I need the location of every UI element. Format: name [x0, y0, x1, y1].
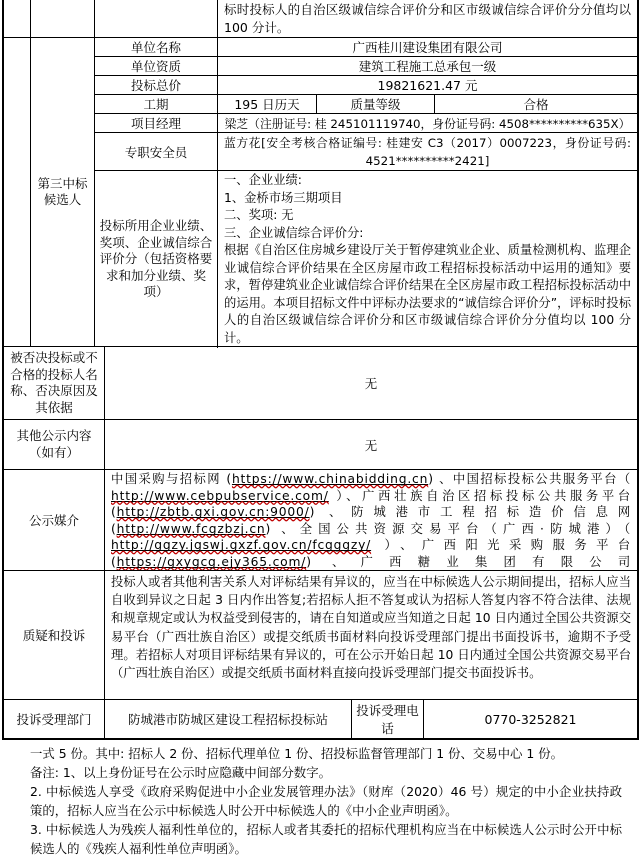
project-manager-label: 项目经理 [95, 114, 218, 132]
bid-announcement-page: 标时投标人的自治区级诚信综合评价分和区市级诚信综合评价分分值均以 100 分计。… [0, 0, 641, 860]
unit-name-value: 广西桂川建设集团有限公司 [218, 38, 637, 56]
third-candidate-block: 第三中标候选人 单位名称 广西桂川建设集团有限公司 单位资质 建筑工程施工总承包… [4, 38, 637, 347]
objection-label: 质疑和投诉 [4, 571, 105, 699]
media-text: ) 、全国公共资源交易平台（广西·防城港）（ [266, 522, 631, 536]
duration-label: 工期 [95, 95, 218, 113]
complaint-phone-label: 投诉受理电话 [352, 700, 424, 738]
performance-line: 三、企业诚信综合评价分: [224, 225, 631, 243]
other-content-value: 无 [105, 420, 637, 469]
media-url-link[interactable]: http://zbtb.gxi.gov.cn:9000/ [117, 505, 310, 519]
other-content-row: 其他公示内容（如有） 无 [4, 420, 637, 470]
safety-officer-value: 蓝方花[安全考核合格证编号: 桂建安 C3（2017）0007223，身份证号码… [218, 133, 637, 170]
media-url-link[interactable]: https://gxygcg.ejy365.com/ [117, 555, 307, 569]
bid-total-label: 投标总价 [95, 76, 218, 94]
outer-group-cell-fragment [4, 0, 31, 37]
media-text: ) 、中国招标投标公共服务平台（ [428, 472, 631, 486]
media-url-link[interactable]: https://www.chinabidding.cn [232, 472, 428, 486]
continuation-row: 标时投标人的自治区级诚信综合评价分和区市级诚信综合评价分分值均以 100 分计。 [4, 0, 637, 38]
complaint-dept-label: 投诉受理部门 [4, 700, 105, 738]
rejected-bidders-label: 被否决投标或不合格的投标人名称、否决原因及其依据 [4, 347, 105, 419]
complaint-row: 投诉受理部门 防城港市防城区建设工程招标投标站 投诉受理电话 0770-3252… [4, 700, 637, 738]
objection-text: 投标人或者其他利害关系人对评标结果有异议的，应当在中标候选人公示期间提出，招标人… [105, 571, 637, 699]
unit-qualification-row: 单位资质 建筑工程施工总承包一级 [95, 57, 637, 76]
media-url-link[interactable]: http://www.cebpubservice.com/ [111, 489, 329, 503]
complaint-phone-value: 0770-3252821 [424, 700, 637, 738]
media-text: 中国采购与招标网 ( [111, 472, 232, 486]
rejected-bidders-row: 被否决投标或不合格的投标人名称、否决原因及其依据 无 [4, 347, 637, 420]
safety-officer-label: 专职安全员 [95, 133, 218, 170]
footer-copies-note: 一式 5 份。其中: 招标人 2 份、招标代理单位 1 份、招投标监督管理部门 … [30, 744, 622, 763]
duration-row: 工期 195 日历天 质量等级 合格 [95, 95, 637, 114]
other-content-label: 其他公示内容（如有） [4, 420, 105, 469]
media-label: 公示媒介 [4, 470, 105, 570]
complaint-dept-value: 防城港市防城区建设工程招标投标站 [105, 700, 352, 738]
candidate-detail-column: 单位名称 广西桂川建设集团有限公司 单位资质 建筑工程施工总承包一级 投标总价 … [95, 38, 637, 346]
unit-qualification-value: 建筑工程施工总承包一级 [218, 57, 637, 75]
quality-grade-value: 合格 [435, 95, 637, 113]
media-row: 公示媒介 中国采购与招标网 (https://www.chinabidding.… [4, 470, 637, 571]
prev-candidate-cell-fragment [31, 0, 95, 37]
media-url-link[interactable]: http://www.fcgzbzj.cn [117, 522, 266, 536]
performance-label: 投标所用企业业绩、奖项、企业诚信综合评价分（包括资格要求和加分业绩、奖项） [95, 171, 218, 348]
outer-group-cell [4, 38, 31, 346]
unit-qualification-label: 单位资质 [95, 57, 218, 75]
duration-value: 195 日历天 [218, 95, 317, 113]
project-manager-row: 项目经理 梁芝（注册证号: 桂 245101119740，身份证号码: 4508… [95, 114, 637, 133]
bid-total-value: 19821621.47 元 [218, 76, 637, 94]
safety-officer-row: 专职安全员 蓝方花[安全考核合格证编号: 桂建安 C3（2017）0007223… [95, 133, 637, 171]
unit-name-row: 单位名称 广西桂川建设集团有限公司 [95, 38, 637, 57]
media-content: 中国采购与招标网 (https://www.chinabidding.cn) 、… [105, 470, 637, 570]
performance-paragraph: 根据《自治区住房城乡建设厅关于暂停建筑业企业、质量检测机构、监理企业诚信综合评价… [224, 242, 631, 347]
footer-remark-2: 2. 中标候选人享受《政府采购促进中小企业发展管理办法》（财库（2020）46 … [30, 782, 622, 820]
bid-total-row: 投标总价 19821621.47 元 [95, 76, 637, 95]
performance-line: 二、奖项: 无 [224, 207, 631, 225]
project-manager-value: 梁芝（注册证号: 桂 245101119740，身份证号码: 4508*****… [218, 114, 637, 132]
prev-label-cell-fragment [95, 0, 218, 37]
announcement-table: 标时投标人的自治区级诚信综合评价分和区市级诚信综合评价分分值均以 100 分计。… [2, 0, 639, 740]
performance-line: 一、企业业绩: [224, 172, 631, 190]
continuation-text: 标时投标人的自治区级诚信综合评价分和区市级诚信综合评价分分值均以 100 分计。 [218, 0, 637, 37]
performance-row: 投标所用企业业绩、奖项、企业诚信综合评价分（包括资格要求和加分业绩、奖项） 一、… [95, 171, 637, 348]
quality-grade-label: 质量等级 [317, 95, 435, 113]
performance-line: 1、金桥市场三期项目 [224, 190, 631, 208]
footer-remark-1: 备注: 1、以上身份证号在公示时应隐藏中间部分数字。 [30, 763, 622, 782]
footer-remark-3: 3. 中标候选人为残疾人福利性单位的，招标人或者其委托的招标代理机构应当在中标候… [30, 820, 622, 858]
media-url-link[interactable]: http://ggzy.jgswj.gxzf.gov.cn/fcgggzy/ [111, 538, 371, 552]
objection-row: 质疑和投诉 投标人或者其他利害关系人对评标结果有异议的，应当在中标候选人公示期间… [4, 571, 637, 700]
footer-notes: 一式 5 份。其中: 招标人 2 份、招标代理单位 1 份、招投标监督管理部门 … [30, 744, 622, 858]
performance-content: 一、企业业绩: 1、金桥市场三期项目 二、奖项: 无 三、企业诚信综合评价分: … [218, 171, 637, 348]
unit-name-label: 单位名称 [95, 38, 218, 56]
candidate-group-label: 第三中标候选人 [31, 38, 95, 346]
rejected-bidders-value: 无 [105, 347, 637, 419]
